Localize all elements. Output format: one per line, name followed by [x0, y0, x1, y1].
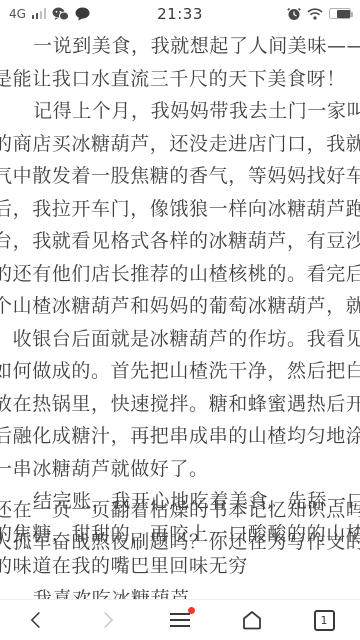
document-line: 台，我就看见格式各样的冰糖葫芦，有豆沙的、 [0, 225, 360, 258]
document-line: 记得上个月，我妈妈带我去土门一家叫“金日 [33, 95, 360, 128]
network-type-label: 4G [9, 7, 26, 21]
ad-text-line: 人孤军奋战熬夜刷题吗？你还在为写作文的问 [0, 526, 360, 559]
chevron-right-icon [98, 610, 118, 630]
document-line: 一串冰糖葫芦就做好了。 [0, 453, 360, 486]
document-line: 个山楂冰糖葫芦和妈妈的葡萄冰糖葫芦，就去结 [0, 290, 360, 323]
browser-screen: 4G 21:33 [0, 0, 360, 640]
document-line: 后，我拉开车门，像饿狼一样向冰糖葫芦跑去。 [0, 193, 360, 226]
battery-icon [329, 8, 351, 19]
document-line: 一说到美食，我就想起了人间美味——冰糖葫 [33, 30, 360, 63]
menu-button[interactable] [144, 600, 216, 640]
document-line: 气中散发着一股焦糖的香气，等妈妈找好车位停 [0, 160, 360, 193]
forward-button[interactable] [72, 600, 144, 640]
wifi-icon [307, 8, 323, 20]
status-bar: 4G 21:33 [0, 0, 360, 27]
signal-strength-icon [32, 8, 47, 19]
tabs-button[interactable]: 1 [288, 600, 360, 640]
message-icon [75, 7, 90, 21]
tab-count-icon: 1 [314, 610, 335, 631]
home-icon [240, 609, 264, 631]
home-button[interactable] [216, 600, 288, 640]
alarm-icon [287, 7, 301, 21]
document-line: ，收银台后面就是冰糖葫芦的作坊。我看见冰糖 [0, 323, 360, 356]
back-button[interactable] [0, 600, 72, 640]
document-line: 的商店买冰糖葫芦，还没走进店门口，我就闻 [0, 128, 360, 161]
document-line: 放在热锅里，快速搅拌。糖和蜂蜜遇热后开始融 [0, 388, 360, 421]
status-left: 4G [9, 7, 157, 21]
ad-text-line: 还在一页一页翻着枯燥的书本记忆知识点吗？你 [0, 494, 360, 527]
chevron-left-icon [26, 610, 46, 630]
status-right [203, 7, 351, 21]
document-line: 后融化成糖汁，再把串成串的山楂均匀地涂抹上 [0, 420, 360, 453]
document-line: 的还有他们店长推荐的山楂核桃的。看完后，我 [0, 258, 360, 291]
hamburger-menu-icon [169, 611, 191, 629]
document-line: 是能让我口水直流三千尺的天下美食呀！ [0, 63, 360, 96]
document-line: 如何做成的。首先把山楂洗干净，然后把白砂糖 [0, 355, 360, 388]
wechat-icon [52, 7, 69, 21]
browser-nav-bar: 1 [0, 599, 360, 640]
notification-badge-dot [188, 607, 195, 614]
clock-time: 21:33 [157, 5, 203, 23]
